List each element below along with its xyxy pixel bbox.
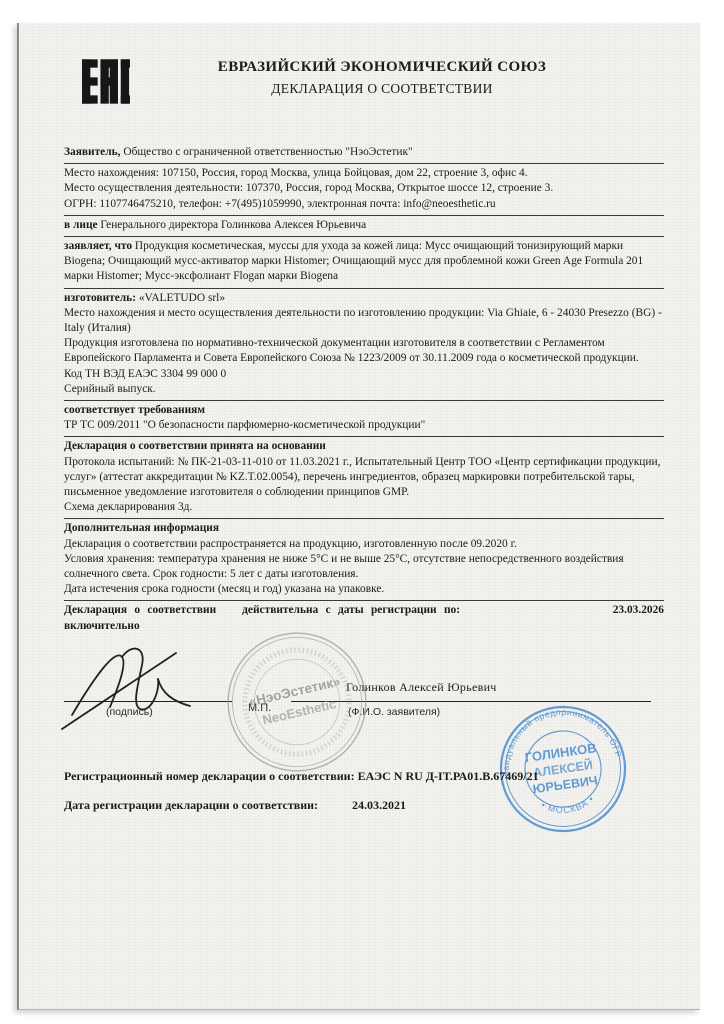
basis-label: Декларация о соответствии принята на осн… <box>64 440 326 452</box>
handwritten-signature <box>58 635 208 735</box>
serial-release: Серийный выпуск. <box>64 382 664 397</box>
validity-part2: действительна с даты регистрации по: <box>242 603 613 618</box>
union-title: ЕВРАЗИЙСКИЙ ЭКОНОМИЧЕСКИЙ СОЮЗ <box>130 58 634 77</box>
signature-area: (подпись) М.П. Голинков Алексей Юрьевич … <box>64 661 664 757</box>
applicant-address1: Место нахождения: 107150, Россия, город … <box>64 166 664 181</box>
registration-date-value: 24.03.2021 <box>352 798 406 812</box>
additional-info-row: Дополнительная информация Декларация о с… <box>64 519 664 601</box>
compliance-row: соответствует требованиям ТР ТС 009/2011… <box>64 401 664 437</box>
applicant-label: Заявитель, <box>64 146 121 158</box>
registration-number-label: Регистрационный номер декларации о соотв… <box>64 769 358 783</box>
validity-suffix: включительно <box>64 619 664 634</box>
validity-date: 23.03.2026 <box>613 603 664 618</box>
compliance-label: соответствует требованиям <box>64 404 205 416</box>
declaration-scheme: Схема декларирования 3д. <box>64 500 664 515</box>
applicant-ogrn: ОГРН: 1107746475210, телефон: +7(495)105… <box>64 197 664 212</box>
manufacturer-name: «VALETUDO srl» <box>136 292 225 304</box>
applicant-address2: Место осуществления деятельности: 107370… <box>64 181 664 196</box>
company-round-stamp: «НэоЭстетик» NeoEsthetic <box>209 614 384 789</box>
applicant-name: Общество с ограниченной ответственностью… <box>121 146 413 158</box>
declares-label: заявляет, что <box>64 240 132 252</box>
eac-mark-icon <box>82 58 130 105</box>
basis-text: Протокола испытаний: № ПК-21-03-11-010 о… <box>64 455 664 501</box>
additional-label: Дополнительная информация <box>64 522 219 534</box>
in-person-name: Генерального директора Голинкова Алексея… <box>98 219 367 231</box>
document-header: ЕВРАЗИЙСКИЙ ЭКОНОМИЧЕСКИЙ СОЮЗ ДЕКЛАРАЦИ… <box>64 58 664 105</box>
in-person-row: в лице Генерального директора Голинкова … <box>64 216 664 237</box>
declaration-title: ДЕКЛАРАЦИЯ О СООТВЕТСТВИИ <box>130 79 634 98</box>
declares-text: Продукция косметическая, муссы для ухода… <box>64 240 643 282</box>
compliance-text: ТР ТС 009/2011 "О безопасности парфюмерн… <box>64 418 664 433</box>
applicant-row: Заявитель, Общество с ограниченной ответ… <box>64 143 664 164</box>
manufacturer-row: изготовитель: «VALETUDO srl» Место нахож… <box>64 289 664 401</box>
in-person-label: в лице <box>64 219 98 231</box>
registration-number-row: Регистрационный номер декларации о соотв… <box>64 769 664 784</box>
registration-number-value: ЕАЭС N RU Д-IT.РА01.В.67469/21 <box>358 769 539 783</box>
validity-part1: Декларация о соответствии <box>64 603 216 618</box>
additional-line2: Условия хранения: температура хранения н… <box>64 552 664 582</box>
declares-row: заявляет, что Продукция косметическая, м… <box>64 237 664 289</box>
registration-date-row: Дата регистрации декларации о соответств… <box>64 798 664 813</box>
document-page: ЕВРАЗИЙСКИЙ ЭКОНОМИЧЕСКИЙ СОЮЗ ДЕКЛАРАЦИ… <box>17 23 700 1010</box>
applicant-address-row: Место нахождения: 107150, Россия, город … <box>64 164 664 216</box>
tnved-code: Код ТН ВЭД ЕАЭС 3304 99 000 0 <box>64 367 664 382</box>
declaration-body: Заявитель, Общество с ограниченной ответ… <box>64 143 664 637</box>
manufacturer-address: Место нахождения и место осуществления д… <box>64 306 664 336</box>
basis-row: Декларация о соответствии принята на осн… <box>64 437 664 519</box>
additional-line1: Декларация о соответствии распространяет… <box>64 537 664 552</box>
manufacturer-label: изготовитель: <box>64 292 136 304</box>
manufacturer-norm: Продукция изготовлена по нормативно-техн… <box>64 336 664 366</box>
validity-row: Декларация о соответствии действительна … <box>64 601 664 636</box>
registration-date-label: Дата регистрации декларации о соответств… <box>64 798 318 812</box>
additional-line3: Дата истечения срока годности (месяц и г… <box>64 582 664 597</box>
